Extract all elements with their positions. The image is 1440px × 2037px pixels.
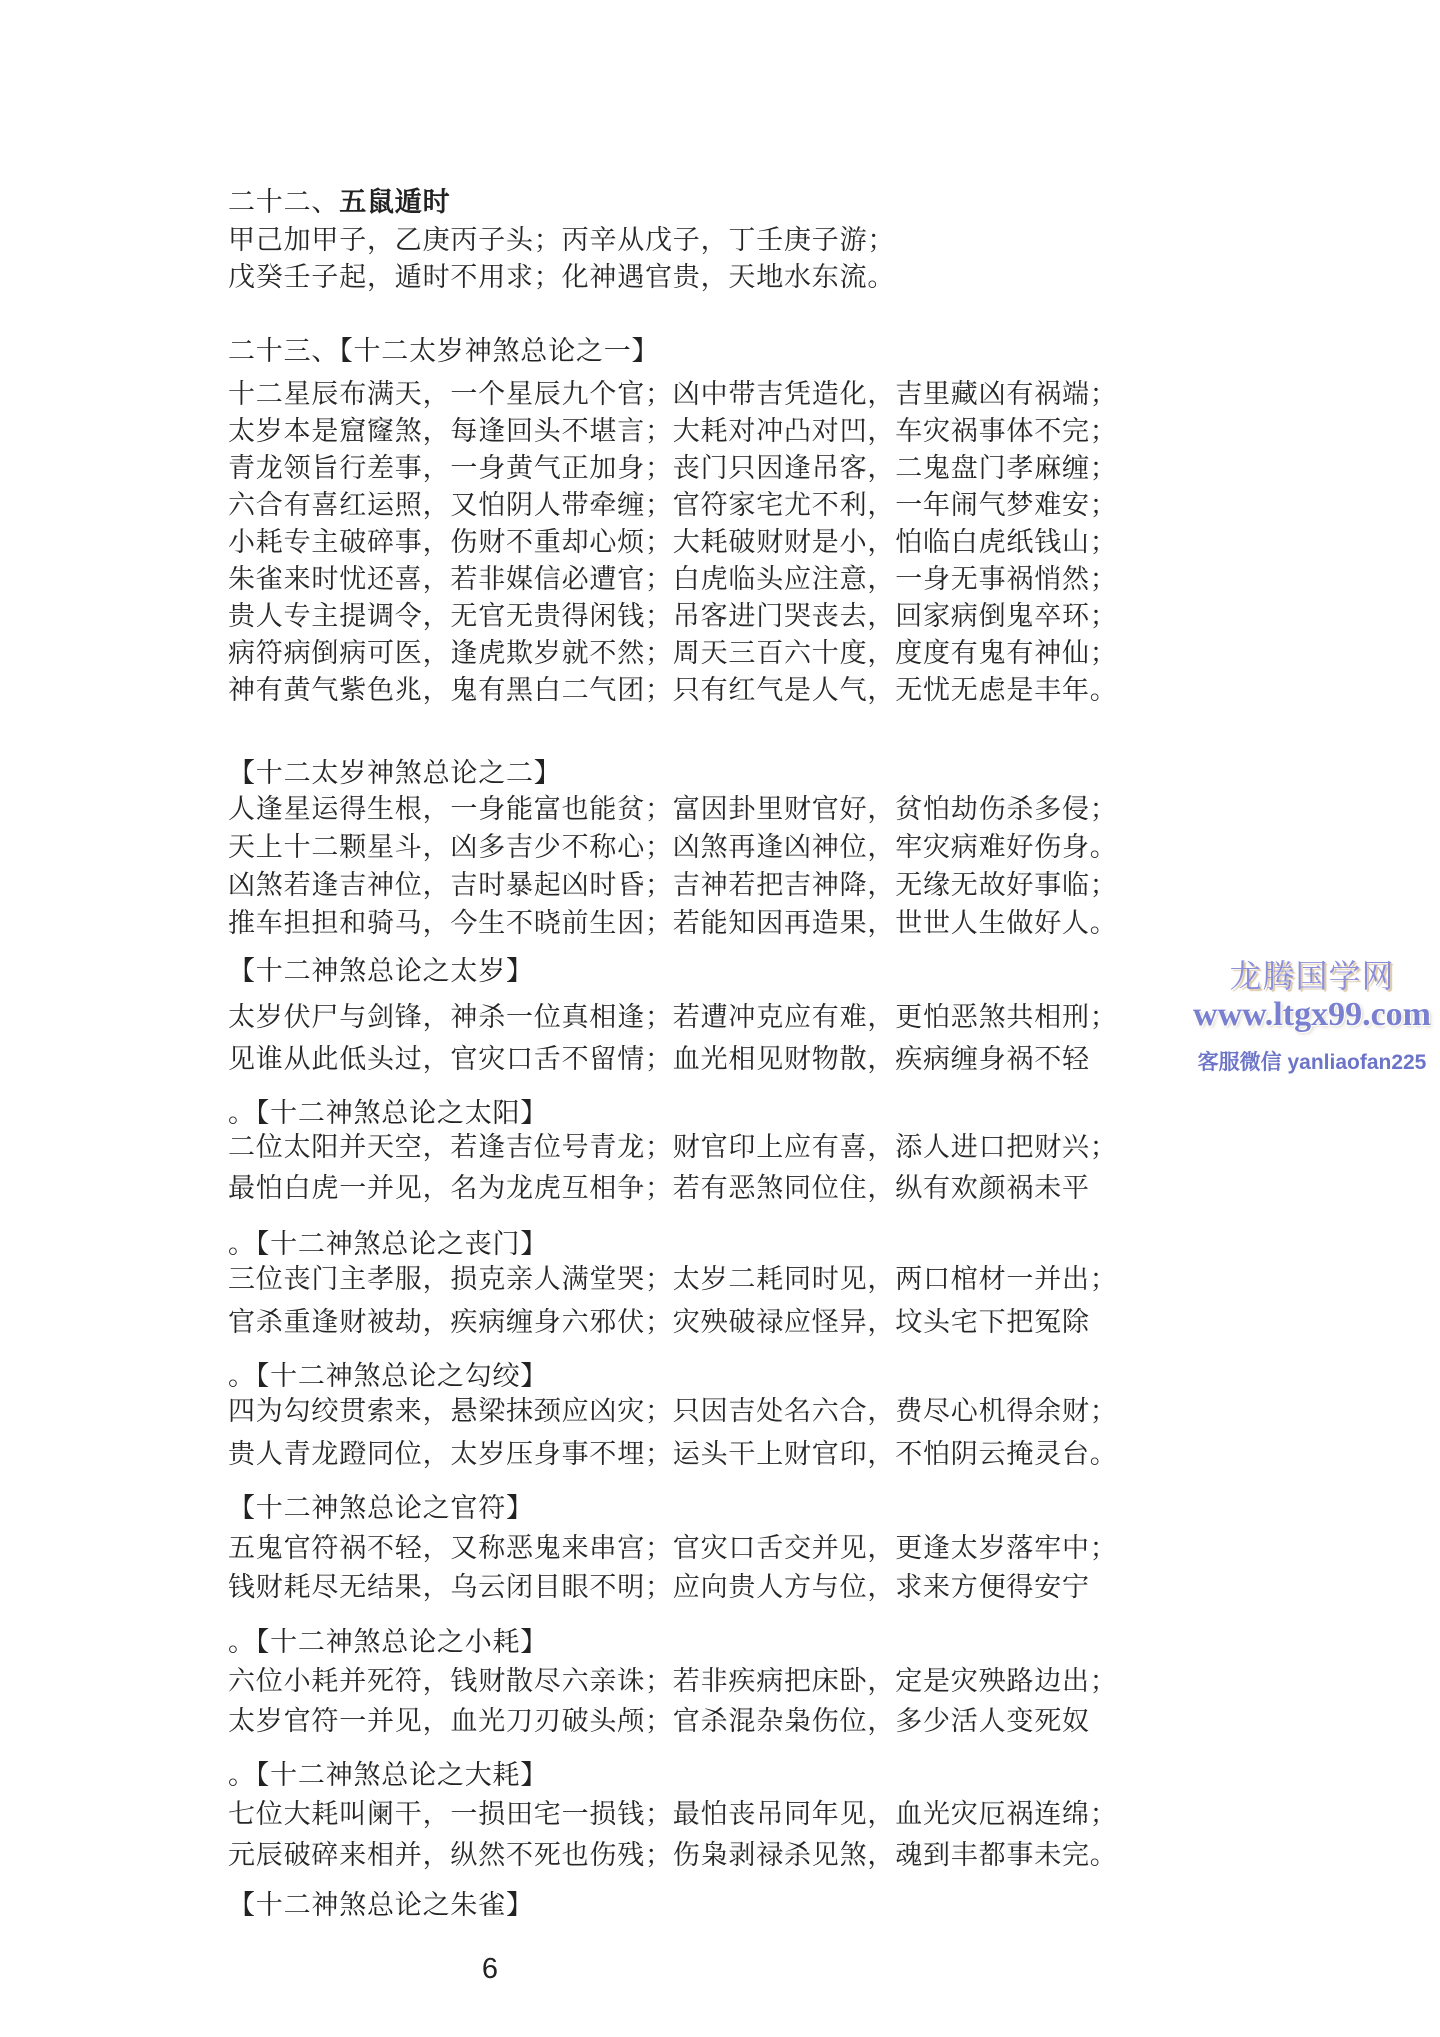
section-title: 五鼠遁时: [339, 187, 450, 217]
verse-line: 病符病倒病可医，逢虎欺岁就不然；周天三百六十度，度度有鬼有神仙；: [228, 637, 1118, 669]
watermark-site-name: 龙腾国学网: [1180, 951, 1440, 997]
verse-line: 推车担担和骑马，今生不晓前生因；若能知因再造果，世世人生做好人。: [228, 907, 1118, 939]
verse-line: 贵人青龙蹬同位，太岁压身事不埋；运头干上财官印，不怕阴云掩灵台。: [228, 1438, 1118, 1470]
verse-line: 六位小耗并死符，钱财散尽六亲诛；若非疾病把床卧，定是灾殃路边出；: [228, 1665, 1118, 1697]
document-page: 二十二、五鼠遁时 甲己加甲子，乙庚丙子头；丙辛从戊子，丁壬庚子游； 戊癸壬子起，…: [0, 0, 1440, 2037]
verse-line: 钱财耗尽无结果，乌云闭目眼不明；应向贵人方与位，求来方便得安宁: [228, 1571, 1090, 1603]
section-heading: 二十三、【十二太岁神煞总论之一】: [228, 335, 659, 367]
verse-line: 元辰破碎来相并，纵然不死也伤残；伤枭剥禄杀见煞，魂到丰都事未完。: [228, 1839, 1118, 1871]
section-heading: 。【十二神煞总论之小耗】: [228, 1626, 548, 1658]
verse-line: 见谁从此低头过，官灾口舌不留情；血光相见财物散，疾病缠身祸不轻: [228, 1043, 1090, 1075]
verse-line: 青龙领旨行差事，一身黄气正加身；丧门只因逢吊客，二鬼盘门孝麻缠；: [228, 452, 1118, 484]
verse-line: 二位太阳并天空，若逢吉位号青龙；财官印上应有喜，添人进口把财兴；: [228, 1131, 1118, 1163]
section-heading: 二十二、五鼠遁时: [228, 186, 450, 218]
section-number: 二十二、: [228, 187, 339, 217]
section-heading: 。【十二神煞总论之大耗】: [228, 1759, 548, 1791]
verse-line: 四为勾绞贯索来，悬梁抹颈应凶灾；只因吉处名六合，费尽心机得余财；: [228, 1395, 1118, 1427]
verse-line: 凶煞若逢吉神位，吉时暴起凶时昏；吉神若把吉神降，无缘无故好事临；: [228, 869, 1118, 901]
verse-line: 三位丧门主孝服，损克亲人满堂哭；太岁二耗同时见，两口棺材一并出；: [228, 1263, 1118, 1295]
verse-line: 人逢星运得生根，一身能富也能贫；富因卦里财官好，贫怕劫伤杀多侵；: [228, 793, 1118, 825]
page-number: 6: [420, 1953, 560, 1986]
watermark-wechat-contact: 客服微信 yanliaofan225: [1180, 1046, 1440, 1076]
section-heading: 。【十二神煞总论之勾绞】: [228, 1360, 548, 1392]
verse-line: 五鬼官符祸不轻，又称恶鬼来串宫；官灾口舌交并见，更逢太岁落牢中；: [228, 1532, 1118, 1564]
verse-line: 六合有喜红运照，又怕阴人带牵缠；官符家宅尤不利，一年闹气梦难安；: [228, 489, 1118, 521]
verse-line: 贵人专主提调令，无官无贵得闲钱；吊客进门哭丧去，回家病倒鬼卒环；: [228, 600, 1118, 632]
section-heading: 。【十二神煞总论之太阳】: [228, 1097, 548, 1129]
verse-line: 太岁官符一并见，血光刀刃破头颅；官杀混杂枭伤位，多少活人变死奴: [228, 1705, 1090, 1737]
verse-line: 七位大耗叫阑干，一损田宅一损钱；最怕丧吊同年见，血光灾厄祸连绵；: [228, 1798, 1118, 1830]
verse-line: 最怕白虎一并见，名为龙虎互相争；若有恶煞同位住，纵有欢颜祸未平: [228, 1172, 1090, 1204]
verse-line: 天上十二颗星斗，凶多吉少不称心；凶煞再逢凶神位，牢灾病难好伤身。: [228, 831, 1118, 863]
section-heading: 。【十二神煞总论之丧门】: [228, 1228, 548, 1260]
verse-line: 太岁本是窟窿煞，每逢回头不堪言；大耗对冲凸对凹，车灾祸事体不完；: [228, 415, 1118, 447]
section-heading: 【十二神煞总论之官符】: [228, 1492, 534, 1524]
verse-line: 戊癸壬子起，遁时不用求；化神遇官贵，天地水东流。: [228, 261, 895, 293]
section-heading: 【十二神煞总论之朱雀】: [228, 1889, 534, 1921]
verse-line: 朱雀来时忧还喜，若非媒信必遭官；白虎临头应注意，一身无事祸悄然；: [228, 563, 1118, 595]
section-heading: 【十二太岁神煞总论之二】: [228, 757, 562, 789]
verse-line: 小耗专主破碎事，伤财不重却心烦；大耗破财财是小，怕临白虎纸钱山；: [228, 526, 1118, 558]
section-heading: 【十二神煞总论之太岁】: [228, 955, 534, 987]
verse-line: 太岁伏尸与剑锋，神杀一位真相逢；若遭冲克应有难，更怕恶煞共相刑；: [228, 1001, 1118, 1033]
verse-line: 神有黄气紫色兆，鬼有黑白二气团；只有红气是人气，无忧无虑是丰年。: [228, 674, 1118, 706]
verse-line: 十二星辰布满天，一个星辰九个官；凶中带吉凭造化，吉里藏凶有祸端；: [228, 378, 1118, 410]
verse-line: 甲己加甲子，乙庚丙子头；丙辛从戊子，丁壬庚子游；: [228, 224, 895, 256]
verse-line: 官杀重逢财被劫，疾病缠身六邪伏；灾殃破禄应怪异，坟头宅下把冤除: [228, 1306, 1090, 1338]
watermark-url: www.ltgx99.com: [1180, 996, 1440, 1034]
